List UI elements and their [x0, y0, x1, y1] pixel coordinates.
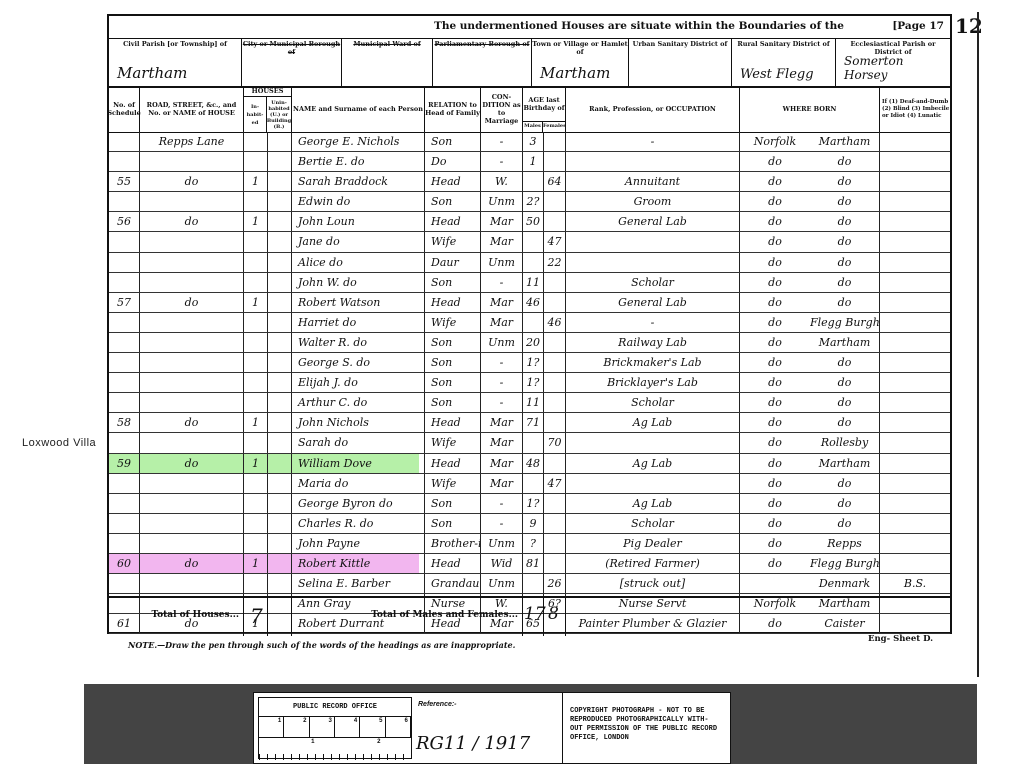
cell-road: do — [140, 454, 244, 473]
cell-condition: Unm — [481, 192, 523, 211]
cell-condition: Unm — [481, 534, 523, 553]
cell-condition: Mar — [481, 474, 523, 493]
cell-occupation: Ag Lab — [566, 413, 740, 432]
cell-born-place: do — [810, 253, 880, 272]
cell-born-place: do — [810, 373, 880, 392]
cell-inhabited: 1 — [244, 212, 268, 231]
cell-age-male: 81 — [523, 554, 544, 573]
cell-schedule — [109, 474, 140, 493]
cell-born-place: Martham — [810, 333, 880, 352]
cell-infirmity — [880, 433, 950, 452]
cell-occupation: Bricklayer's Lab — [566, 373, 740, 392]
cell-road: do — [140, 293, 244, 312]
cell-infirmity — [880, 514, 950, 533]
cell-name: Alice do — [292, 253, 425, 272]
header-inhabited: In-habit-ed — [244, 97, 267, 132]
cell-name: Edwin do — [292, 192, 425, 211]
cell-infirmity — [880, 534, 950, 553]
cell-born-county: do — [740, 433, 810, 452]
cell-age-male: 1? — [523, 494, 544, 513]
cell-inhabited: 1 — [244, 293, 268, 312]
cell-born-county: do — [740, 474, 810, 493]
header-occupation: Rank, Profession, or OCCUPATION — [566, 86, 740, 132]
loc-ecclesiastical-parish: Ecclesiastical Parish or District of Som… — [836, 38, 950, 86]
cell-infirmity — [880, 393, 950, 412]
cell-relation: Son — [425, 514, 481, 533]
cell-uninhabited — [268, 273, 292, 292]
cell-occupation — [566, 474, 740, 493]
cell-uninhabited — [268, 514, 292, 533]
cell-schedule: 56 — [109, 212, 140, 231]
cell-occupation — [566, 232, 740, 251]
table-row: 56do1John LounHeadMar50General Labdodo — [109, 212, 950, 232]
table-row: Walter R. doSonUnm20Railway LabdoMartham — [109, 333, 950, 353]
cell-age-male: 1? — [523, 353, 544, 372]
cell-condition: - — [481, 152, 523, 171]
cell-born-county: do — [740, 413, 810, 432]
cell-age-female: 26 — [544, 574, 566, 593]
cell-relation: Head — [425, 212, 481, 231]
cell-infirmity — [880, 454, 950, 473]
cell-uninhabited — [268, 232, 292, 251]
cell-relation: Brother-in-Law — [425, 534, 481, 553]
cell-condition: Mar — [481, 413, 523, 432]
cell-occupation: Ag Lab — [566, 454, 740, 473]
header-schedule: No. of Schedule — [109, 86, 140, 132]
cell-born-county: do — [740, 353, 810, 372]
table-row: Elijah J. doSon-1?Bricklayer's Labdodo — [109, 373, 950, 393]
cell-name: Harriet do — [292, 313, 425, 332]
cell-relation: Wife — [425, 433, 481, 452]
cell-uninhabited — [268, 132, 292, 151]
cell-born-place: do — [810, 494, 880, 513]
cell-condition: Mar — [481, 232, 523, 251]
cell-inhabited — [244, 132, 268, 151]
cell-inhabited: 1 — [244, 413, 268, 432]
cell-schedule: 60 — [109, 554, 140, 573]
cell-age-male: 11 — [523, 273, 544, 292]
cell-relation: Son — [425, 353, 481, 372]
cell-uninhabited — [268, 333, 292, 352]
cell-schedule — [109, 353, 140, 372]
cell-uninhabited — [268, 353, 292, 372]
header-infirmity: If (1) Deaf-and-Dumb (2) Blind (3) Imbec… — [880, 86, 950, 132]
cell-uninhabited — [268, 474, 292, 493]
cell-road — [140, 393, 244, 412]
cell-road — [140, 534, 244, 553]
cell-uninhabited — [268, 293, 292, 312]
cell-name: John Loun — [292, 212, 425, 231]
cell-road — [140, 433, 244, 452]
cell-uninhabited — [268, 313, 292, 332]
cell-occupation: Ag Lab — [566, 494, 740, 513]
cell-inhabited — [244, 353, 268, 372]
cell-infirmity — [880, 313, 950, 332]
cell-uninhabited — [268, 373, 292, 392]
total-houses-value-cell: 7 — [244, 598, 268, 636]
cell-born-place: do — [810, 413, 880, 432]
cell-occupation: Railway Lab — [566, 333, 740, 352]
table-row: Maria doWifeMar47dodo — [109, 474, 950, 494]
cell-age-female — [544, 534, 566, 553]
header-road: ROAD, STREET, &c., and No. or NAME of HO… — [140, 86, 244, 132]
cell-age-male: 46 — [523, 293, 544, 312]
cell-born-county: do — [740, 152, 810, 171]
cell-schedule — [109, 152, 140, 171]
cell-born-county: do — [740, 454, 810, 473]
pro-scale-block: PUBLIC RECORD OFFICE 1 2 3 4 5 6 1 2 — [258, 697, 412, 759]
cell-schedule: 59 — [109, 454, 140, 473]
cell-uninhabited — [268, 152, 292, 171]
cell-infirmity — [880, 172, 950, 191]
cell-name: George S. do — [292, 353, 425, 372]
cell-born-place: do — [810, 212, 880, 231]
cell-inhabited — [244, 433, 268, 452]
cell-occupation: Scholar — [566, 273, 740, 292]
loc-rural-sanitary: Rural Sanitary District of West Flegg — [732, 38, 836, 86]
total-houses-label-cell: Total of Houses... — [109, 598, 244, 636]
cell-condition: - — [481, 273, 523, 292]
cell-relation: Wife — [425, 313, 481, 332]
cell-relation: Wife — [425, 474, 481, 493]
cell-name: George Byron do — [292, 494, 425, 513]
cell-age-female — [544, 152, 566, 171]
cell-born-county: do — [740, 232, 810, 251]
margin-annotation: Loxwood Villa — [22, 437, 96, 449]
cell-age-male: 11 — [523, 393, 544, 412]
cell-occupation: Brickmaker's Lab — [566, 353, 740, 372]
cell-relation: Head — [425, 293, 481, 312]
cell-born-place: Repps — [810, 534, 880, 553]
total-females-cell: 8 — [544, 598, 566, 636]
cell-infirmity — [880, 152, 950, 171]
cell-age-female: 64 — [544, 172, 566, 191]
cell-condition: Unm — [481, 253, 523, 272]
cell-uninhabited — [268, 433, 292, 452]
cell-relation: Head — [425, 413, 481, 432]
cell-occupation: Scholar — [566, 514, 740, 533]
cell-born-county: do — [740, 494, 810, 513]
cell-name: John W. do — [292, 273, 425, 292]
cell-name: Robert Kittle — [292, 554, 425, 573]
header-houses: HOUSES In-habit-ed Unin-habited (U.) or … — [244, 86, 292, 132]
cell-age-male — [523, 574, 544, 593]
cell-infirmity — [880, 333, 950, 352]
cell-relation: Son — [425, 132, 481, 151]
cell-occupation: - — [566, 313, 740, 332]
cell-occupation: General Lab — [566, 212, 740, 231]
cell-age-male: 1 — [523, 152, 544, 171]
pro-reference-block: Reference:- RG11 / 1917 — [412, 693, 563, 763]
location-row: Civil Parish [or Township] of Martham Ci… — [109, 38, 950, 88]
totals-row: Total of Houses... 7 Total of Males and … — [109, 596, 950, 636]
cell-occupation: (Retired Farmer) — [566, 554, 740, 573]
cell-age-female: 47 — [544, 232, 566, 251]
cell-age-female — [544, 454, 566, 473]
cell-name: Jane do — [292, 232, 425, 251]
table-row: John W. doSon-11Scholardodo — [109, 273, 950, 293]
cell-age-male: 1? — [523, 373, 544, 392]
cell-born-place: do — [810, 353, 880, 372]
cell-inhabited: 1 — [244, 554, 268, 573]
table-row: 57do1Robert WatsonHeadMar46General Labdo… — [109, 293, 950, 313]
cell-inhabited — [244, 333, 268, 352]
cell-born-place: Denmark — [810, 574, 880, 593]
cell-schedule — [109, 393, 140, 412]
table-row: Selina E. BarberGrandauUnm26[struck out]… — [109, 574, 950, 594]
cell-schedule — [109, 534, 140, 553]
cell-name: Bertie E. do — [292, 152, 425, 171]
cell-infirmity — [880, 232, 950, 251]
cell-relation: Wife — [425, 232, 481, 251]
table-row: 55do1Sarah BraddockHeadW.64Annuitantdodo — [109, 172, 950, 192]
table-row: John PayneBrother-in-LawUnm?Pig Dealerdo… — [109, 534, 950, 554]
cell-infirmity — [880, 253, 950, 272]
cell-road: do — [140, 554, 244, 573]
cell-age-male: 50 — [523, 212, 544, 231]
cell-infirmity — [880, 192, 950, 211]
cell-name: John Nichols — [292, 413, 425, 432]
cell-inhabited — [244, 273, 268, 292]
cell-road — [140, 253, 244, 272]
cell-born-county: Norfolk — [740, 132, 810, 151]
cell-condition: Mar — [481, 433, 523, 452]
cell-relation: Head — [425, 454, 481, 473]
cell-road: do — [140, 172, 244, 191]
header-age: AGE last Birthday of Males Females — [523, 86, 566, 132]
cell-inhabited — [244, 574, 268, 593]
cell-born-place: do — [810, 474, 880, 493]
cell-condition: - — [481, 353, 523, 372]
cell-condition: Mar — [481, 313, 523, 332]
cell-born-county: do — [740, 514, 810, 533]
cell-age-male — [523, 232, 544, 251]
cell-age-female: 22 — [544, 253, 566, 272]
cell-inhabited — [244, 373, 268, 392]
cell-relation: Son — [425, 333, 481, 352]
cell-uninhabited — [268, 212, 292, 231]
cell-born-county: do — [740, 373, 810, 392]
header-relation: RELATION to Head of Family — [425, 86, 481, 132]
cell-name: George E. Nichols — [292, 132, 425, 151]
cell-schedule — [109, 132, 140, 151]
table-row: Alice doDaurUnm22dodo — [109, 253, 950, 273]
cell-road — [140, 232, 244, 251]
cell-age-female — [544, 273, 566, 292]
header-condition: CON-DITION as to Marriage — [481, 86, 523, 132]
cell-inhabited — [244, 474, 268, 493]
cell-road — [140, 574, 244, 593]
cell-relation: Do — [425, 152, 481, 171]
table-row: Repps LaneGeorge E. NicholsSon-3-Norfolk… — [109, 132, 950, 152]
cell-name: Charles R. do — [292, 514, 425, 533]
cell-born-place: do — [810, 273, 880, 292]
cell-road — [140, 494, 244, 513]
cell-condition: Unm — [481, 333, 523, 352]
cell-road — [140, 152, 244, 171]
cell-schedule — [109, 232, 140, 251]
cell-condition: - — [481, 494, 523, 513]
cell-uninhabited — [268, 494, 292, 513]
cell-road — [140, 192, 244, 211]
cell-born-county: do — [740, 172, 810, 191]
cell-age-male: 71 — [523, 413, 544, 432]
cell-relation: Daur — [425, 253, 481, 272]
cell-born-county: do — [740, 253, 810, 272]
total-males-cell: 17 — [523, 598, 544, 636]
cell-schedule — [109, 514, 140, 533]
cell-born-place: Martham — [810, 132, 880, 151]
cell-infirmity: B.S. — [880, 574, 950, 593]
cell-name: Sarah do — [292, 433, 425, 452]
cell-road: do — [140, 212, 244, 231]
cell-age-female — [544, 132, 566, 151]
cell-age-male — [523, 474, 544, 493]
cell-born-place: do — [810, 232, 880, 251]
cell-name: Arthur C. do — [292, 393, 425, 412]
page-label: [Page 17 — [892, 20, 944, 32]
banner-text: The undermentioned Houses are situate wi… — [379, 20, 899, 32]
census-table: Repps LaneGeorge E. NicholsSon-3-Norfolk… — [109, 132, 950, 634]
cell-schedule: 58 — [109, 413, 140, 432]
cell-relation: Son — [425, 192, 481, 211]
cell-name: John Payne — [292, 534, 425, 553]
cell-age-male: 9 — [523, 514, 544, 533]
cell-inhabited: 1 — [244, 454, 268, 473]
cell-age-female — [544, 353, 566, 372]
cell-inhabited — [244, 514, 268, 533]
cell-relation: Son — [425, 393, 481, 412]
cell-inhabited — [244, 232, 268, 251]
cell-age-male — [523, 172, 544, 191]
table-row: Arthur C. doSon-11Scholardodo — [109, 393, 950, 413]
cell-schedule: 57 — [109, 293, 140, 312]
cell-condition: Mar — [481, 212, 523, 231]
table-row: 60do1Robert KittleHeadWid81(Retired Farm… — [109, 554, 950, 574]
cell-born-county: do — [740, 393, 810, 412]
cell-schedule — [109, 313, 140, 332]
cell-infirmity — [880, 494, 950, 513]
cell-age-female — [544, 212, 566, 231]
header-where-born: WHERE BORN — [740, 86, 880, 132]
cell-relation: Grandau — [425, 574, 481, 593]
cell-relation: Head — [425, 554, 481, 573]
cell-infirmity — [880, 212, 950, 231]
cell-inhabited — [244, 313, 268, 332]
header-females: Females — [543, 122, 565, 132]
cell-born-county: do — [740, 273, 810, 292]
table-row: George Byron doSon-1?Ag Labdodo — [109, 494, 950, 514]
cell-road — [140, 474, 244, 493]
cell-schedule — [109, 433, 140, 452]
table-row: Bertie E. doDo-1dodo — [109, 152, 950, 172]
cell-infirmity — [880, 474, 950, 493]
cell-condition: Mar — [481, 454, 523, 473]
cell-born-county: do — [740, 554, 810, 573]
cell-road: do — [140, 413, 244, 432]
cell-relation: Son — [425, 494, 481, 513]
cell-schedule: 55 — [109, 172, 140, 191]
cell-born-county: do — [740, 212, 810, 231]
cell-uninhabited — [268, 172, 292, 191]
cell-road — [140, 373, 244, 392]
cell-inhabited — [244, 152, 268, 171]
loc-municipal-ward: Municipal Ward of — [342, 38, 433, 86]
cell-age-male: ? — [523, 534, 544, 553]
cell-born-county: do — [740, 293, 810, 312]
cell-age-female — [544, 494, 566, 513]
table-row: 58do1John NicholsHeadMar71Ag Labdodo — [109, 413, 950, 433]
table-row: Jane doWifeMar47dodo — [109, 232, 950, 252]
total-persons-label-cell: Total of Males and Females... — [292, 598, 523, 636]
cell-age-female — [544, 393, 566, 412]
cell-age-female — [544, 514, 566, 533]
cell-condition: Wid — [481, 554, 523, 573]
cell-condition: Mar — [481, 293, 523, 312]
cell-born-place: do — [810, 152, 880, 171]
cell-born-county: do — [740, 192, 810, 211]
cell-uninhabited — [268, 253, 292, 272]
cell-relation: Son — [425, 273, 481, 292]
cell-born-place: do — [810, 293, 880, 312]
cell-born-county — [740, 574, 810, 593]
cell-occupation: [struck out] — [566, 574, 740, 593]
cell-schedule — [109, 494, 140, 513]
cell-inhabited: 1 — [244, 172, 268, 191]
cell-born-place: Flegg Burgh — [810, 554, 880, 573]
table-row: Charles R. doSon-9Scholardodo — [109, 514, 950, 534]
table-row: 59do1William DoveHeadMar48Ag LabdoMartha… — [109, 454, 950, 474]
table-row: Sarah doWifeMar70doRollesby — [109, 433, 950, 453]
cell-inhabited — [244, 534, 268, 553]
cell-age-female — [544, 333, 566, 352]
cell-name: Selina E. Barber — [292, 574, 425, 593]
cell-age-female — [544, 373, 566, 392]
cell-condition: - — [481, 132, 523, 151]
cell-infirmity — [880, 273, 950, 292]
cell-occupation: Pig Dealer — [566, 534, 740, 553]
cell-uninhabited — [268, 454, 292, 473]
cell-born-place: do — [810, 192, 880, 211]
cell-name: Sarah Braddock — [292, 172, 425, 191]
cell-inhabited — [244, 192, 268, 211]
cell-uninhabited — [268, 192, 292, 211]
loc-civil-parish: Civil Parish [or Township] of Martham — [109, 38, 242, 86]
cell-schedule — [109, 192, 140, 211]
cell-road — [140, 313, 244, 332]
cell-schedule — [109, 574, 140, 593]
column-header-row: No. of Schedule ROAD, STREET, &c., and N… — [109, 86, 950, 133]
cell-name: Maria do — [292, 474, 425, 493]
cell-age-male: 48 — [523, 454, 544, 473]
cell-name: Elijah J. do — [292, 373, 425, 392]
cell-road — [140, 273, 244, 292]
cell-infirmity — [880, 132, 950, 151]
sheet-code: Eng- Sheet D. — [868, 634, 933, 644]
cell-condition: Unm — [481, 574, 523, 593]
cell-born-county: do — [740, 333, 810, 352]
cell-born-county: do — [740, 313, 810, 332]
banner-row: The undermentioned Houses are situate wi… — [109, 16, 950, 39]
cell-road — [140, 333, 244, 352]
loc-municipal-borough: City or Municipal Borough of — [242, 38, 342, 86]
cell-schedule — [109, 273, 140, 292]
cell-age-male — [523, 433, 544, 452]
header-name: NAME and Surname of each Person — [292, 86, 425, 132]
cell-age-female — [544, 413, 566, 432]
cell-name: Walter R. do — [292, 333, 425, 352]
cell-road: Repps Lane — [140, 132, 244, 151]
